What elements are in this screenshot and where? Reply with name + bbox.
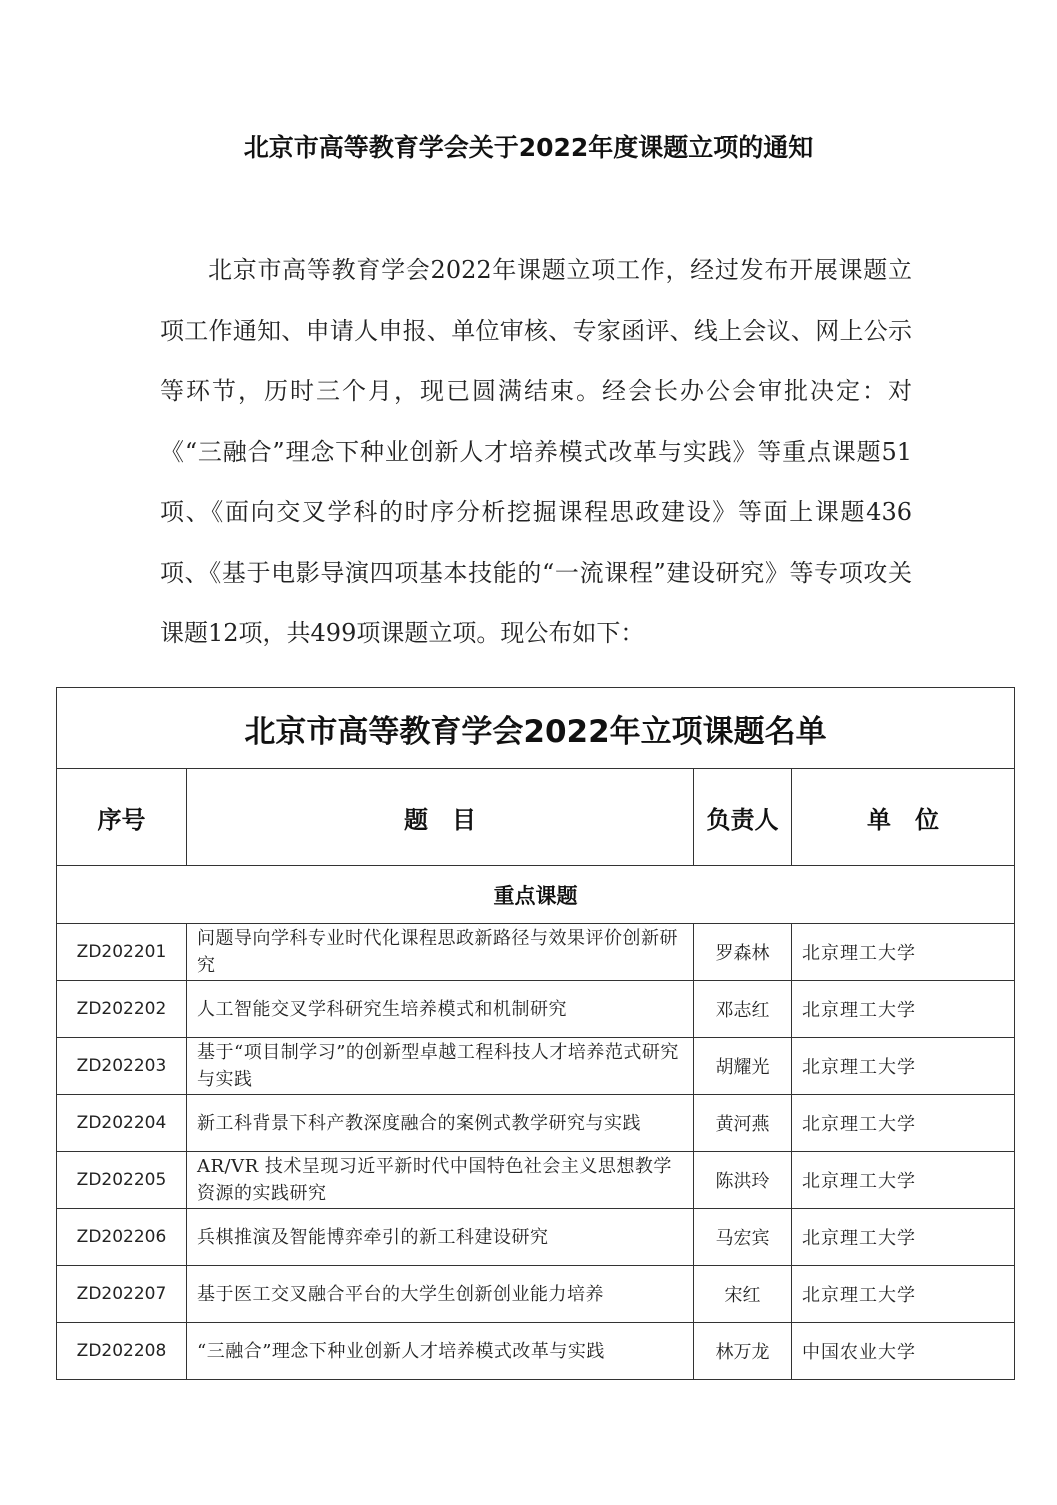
row-topic: 基于“项目制学习”的创新型卓越工程科技人才培养范式研究与实践 — [187, 1038, 694, 1095]
row-unit: 北京理工大学 — [792, 1095, 1015, 1152]
row-topic: 问题导向学科专业时代化课程思政新路径与效果评价创新研究 — [187, 924, 694, 981]
row-unit: 北京理工大学 — [792, 981, 1015, 1038]
header-unit: 单 位 — [792, 769, 1015, 866]
row-id: ZD202203 — [57, 1038, 187, 1095]
row-topic: 兵棋推演及智能博弈牵引的新工科建设研究 — [187, 1209, 694, 1266]
table-row: ZD202208 “三融合”理念下种业创新人才培养模式改革与实践 林万龙 中国农… — [57, 1323, 1015, 1380]
row-unit: 北京理工大学 — [792, 1152, 1015, 1209]
header-person: 负责人 — [694, 769, 792, 866]
table-row: ZD202201 问题导向学科专业时代化课程思政新路径与效果评价创新研究 罗森林… — [57, 924, 1015, 981]
row-id: ZD202206 — [57, 1209, 187, 1266]
row-person: 陈洪玲 — [694, 1152, 792, 1209]
row-topic: AR/VR 技术呈现习近平新时代中国特色社会主义思想教学资源的实践研究 — [187, 1152, 694, 1209]
table-row: ZD202203 基于“项目制学习”的创新型卓越工程科技人才培养范式研究与实践 … — [57, 1038, 1015, 1095]
section-label: 重点课题 — [57, 866, 1015, 924]
row-person: 罗森林 — [694, 924, 792, 981]
row-person: 邓志红 — [694, 981, 792, 1038]
row-unit: 北京理工大学 — [792, 1038, 1015, 1095]
table-title: 北京市高等教育学会2022年立项课题名单 — [57, 688, 1015, 769]
header-topic: 题 目 — [187, 769, 694, 866]
row-person: 宋红 — [694, 1266, 792, 1323]
table-row: ZD202204 新工科背景下科产教深度融合的案例式教学研究与实践 黄河燕 北京… — [57, 1095, 1015, 1152]
row-id: ZD202202 — [57, 981, 187, 1038]
table-row: ZD202207 基于医工交叉融合平台的大学生创新创业能力培养 宋红 北京理工大… — [57, 1266, 1015, 1323]
project-list-table: 北京市高等教育学会2022年立项课题名单 序号 题 目 负责人 单 位 重点课题… — [56, 687, 1015, 1380]
row-unit: 北京理工大学 — [792, 924, 1015, 981]
table-row: ZD202205 AR/VR 技术呈现习近平新时代中国特色社会主义思想教学资源的… — [57, 1152, 1015, 1209]
row-topic: 基于医工交叉融合平台的大学生创新创业能力培养 — [187, 1266, 694, 1323]
row-unit: 北京理工大学 — [792, 1266, 1015, 1323]
table-row: ZD202206 兵棋推演及智能博弈牵引的新工科建设研究 马宏宾 北京理工大学 — [57, 1209, 1015, 1266]
row-person: 林万龙 — [694, 1323, 792, 1380]
table-header-row: 序号 题 目 负责人 单 位 — [57, 769, 1015, 866]
row-id: ZD202208 — [57, 1323, 187, 1380]
document-title: 北京市高等教育学会关于2022年度课题立项的通知 — [0, 128, 1057, 164]
row-id: ZD202205 — [57, 1152, 187, 1209]
row-id: ZD202207 — [57, 1266, 187, 1323]
row-unit: 北京理工大学 — [792, 1209, 1015, 1266]
row-id: ZD202204 — [57, 1095, 187, 1152]
row-unit: 中国农业大学 — [792, 1323, 1015, 1380]
row-topic: 人工智能交叉学科研究生培养模式和机制研究 — [187, 981, 694, 1038]
row-topic: “三融合”理念下种业创新人才培养模式改革与实践 — [187, 1323, 694, 1380]
row-person: 马宏宾 — [694, 1209, 792, 1266]
row-person: 胡耀光 — [694, 1038, 792, 1095]
table-row: ZD202202 人工智能交叉学科研究生培养模式和机制研究 邓志红 北京理工大学 — [57, 981, 1015, 1038]
row-person: 黄河燕 — [694, 1095, 792, 1152]
row-topic: 新工科背景下科产教深度融合的案例式教学研究与实践 — [187, 1095, 694, 1152]
notice-paragraph: 北京市高等教育学会2022年课题立项工作，经过发布开展课题立项工作通知、申请人申… — [160, 240, 912, 664]
row-id: ZD202201 — [57, 924, 187, 981]
section-row: 重点课题 — [57, 866, 1015, 924]
header-id: 序号 — [57, 769, 187, 866]
